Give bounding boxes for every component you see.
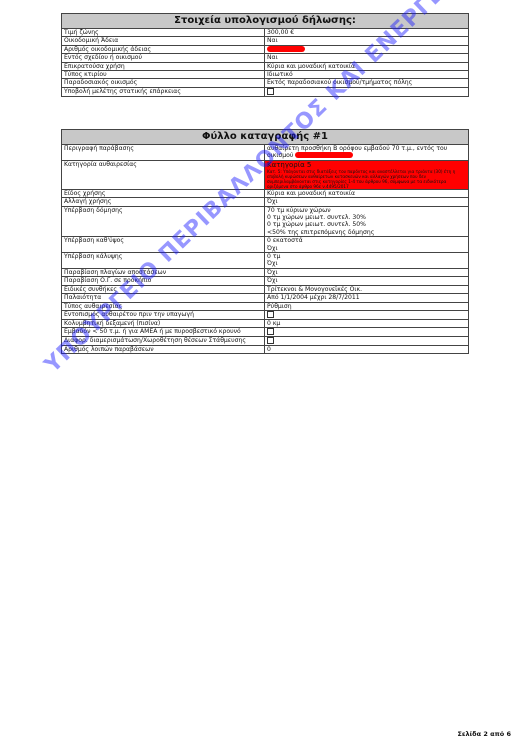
description-text: αυθαίρετη προσθήκη Β ορόφου εμβαδού 70 τ… bbox=[267, 145, 447, 159]
row-value: 0 bbox=[265, 346, 469, 354]
value-line: 0 τμ χώρων μειωτ. συντελ. 50% bbox=[267, 221, 466, 228]
row-label: Εντός σχεδίου ή οικισμού bbox=[62, 54, 265, 62]
value-line: Ρύθμιση bbox=[267, 303, 466, 310]
row-label: Αριθμός λοιπών παραβάσεων bbox=[62, 346, 265, 354]
section-title: Στοιχεία υπολογισμού δήλωσης: bbox=[62, 14, 469, 29]
redaction-mark bbox=[267, 46, 305, 52]
row-label: Τύπος κτιρίου bbox=[62, 71, 265, 79]
calculation-details-table: Στοιχεία υπολογισμού δήλωσης: Τιμή ζώνης… bbox=[61, 13, 469, 97]
row-label: Παραδοσιακός οικισμός bbox=[62, 79, 265, 87]
row-value: 0 κμ bbox=[265, 319, 469, 327]
table-row: ΠαλαιότηταΑπό 1/1/2004 μέχρι 28/7/2011 bbox=[62, 294, 469, 302]
category-title: Κατηγορία 5 bbox=[267, 161, 466, 169]
value-line: Όχι bbox=[267, 198, 466, 205]
row-value bbox=[265, 328, 469, 337]
value-line: Όχι bbox=[267, 260, 466, 267]
value-line: Τρίτεκνοι & Μονογονεϊκές Οικ. bbox=[267, 286, 466, 293]
record-sheet-table: Φύλλο καταγραφής #1 Περιγραφή παράβασης … bbox=[61, 129, 469, 354]
section-title: Φύλλο καταγραφής #1 bbox=[62, 130, 469, 145]
row-label: Υπέρβαση καθ'ύψος bbox=[62, 237, 265, 253]
row-value: Ναι bbox=[265, 37, 469, 45]
row-label: Επικρατούσα χρήση bbox=[62, 62, 265, 70]
row-label: Τιμή ζώνης bbox=[62, 29, 265, 37]
row-value: Από 1/1/2004 μέχρι 28/7/2011 bbox=[265, 294, 469, 302]
table-row: Υποβολή μελέτης στατικής επάρκειας bbox=[62, 87, 469, 96]
row-value: Όχι bbox=[265, 277, 469, 285]
checkbox-icon bbox=[267, 311, 274, 318]
table-row: Παραβίαση πλαγίων αποστάσεωνΌχι bbox=[62, 268, 469, 276]
value-line: Όχι bbox=[267, 245, 466, 252]
row-label: Είδος χρήσης bbox=[62, 189, 265, 197]
table-row: Αριθμός οικοδομικής άδειας bbox=[62, 45, 469, 53]
category-description: Κατ. 5: Υπάγονται στις διατάξεις του παρ… bbox=[267, 169, 466, 189]
value-line: Όχι bbox=[267, 269, 466, 276]
row-value bbox=[265, 310, 469, 319]
table-row: Διαφορ. διαμερισμάτωση/Χωροθέτηση θέσεων… bbox=[62, 337, 469, 346]
table-row: Εμβαδόν < 50 τ.μ. ή για ΑΜΕΑ ή με πυροσβ… bbox=[62, 328, 469, 337]
row-label: Παλαιότητα bbox=[62, 294, 265, 302]
value-line: 0 κμ bbox=[267, 320, 466, 327]
row-value: Ιδιωτικό bbox=[265, 71, 469, 79]
row-value: Εκτός παραδοσιακού οικισμού/τμήματος πόλ… bbox=[265, 79, 469, 87]
row-label: Αλλαγή χρήσης bbox=[62, 198, 265, 206]
checkbox-icon bbox=[267, 328, 274, 335]
row-value: Όχι bbox=[265, 198, 469, 206]
row-value: Κύρια και μοναδική κατοικία bbox=[265, 62, 469, 70]
row-label: Αριθμός οικοδομικής άδειας bbox=[62, 45, 265, 53]
row-label: Κολυμβητική δεξαμενή (πισίνα) bbox=[62, 319, 265, 327]
redaction-mark bbox=[295, 152, 353, 158]
table-row: Είδος χρήσηςΚύρια και μοναδική κατοικία bbox=[62, 189, 469, 197]
table-row: Εντός σχεδίου ή οικισμού Ναι bbox=[62, 54, 469, 62]
table-row: Τύπος αυθαιρεσίαςΡύθμιση bbox=[62, 302, 469, 310]
table-row: Περιγραφή παράβασης αυθαίρετη προσθήκη Β… bbox=[62, 145, 469, 161]
value-line: 0 εκατοστά bbox=[267, 237, 466, 244]
row-value: Ρύθμιση bbox=[265, 302, 469, 310]
table-row: Αριθμός λοιπών παραβάσεων0 bbox=[62, 346, 469, 354]
table-row: Κατηγορία αυθαιρεσίας Κατηγορία 5 Κατ. 5… bbox=[62, 160, 469, 189]
row-label: Οικοδομική Άδεια bbox=[62, 37, 265, 45]
row-label: Τύπος αυθαιρεσίας bbox=[62, 302, 265, 310]
row-value bbox=[265, 45, 469, 53]
row-value bbox=[265, 87, 469, 96]
table-row: Οικοδομική Άδεια Ναι bbox=[62, 37, 469, 45]
row-value: 300,00 € bbox=[265, 29, 469, 37]
table-row: Επικρατούσα χρήση Κύρια και μοναδική κατ… bbox=[62, 62, 469, 70]
table-row: Υπέρβαση καθ'ύψος0 εκατοστάΌχι bbox=[62, 237, 469, 253]
table-row: Εντοπισμός αυθαιρέτου πριν την υπαγωγή bbox=[62, 310, 469, 319]
row-value: Ναι bbox=[265, 54, 469, 62]
row-label: Παραβίαση πλαγίων αποστάσεων bbox=[62, 268, 265, 276]
table-row: Υπέρβαση δόμησης70 τμ κύριων χώρων0 τμ χ… bbox=[62, 206, 469, 237]
row-value: Τρίτεκνοι & Μονογονεϊκές Οικ. bbox=[265, 285, 469, 293]
row-label: Διαφορ. διαμερισμάτωση/Χωροθέτηση θέσεων… bbox=[62, 337, 265, 346]
row-value: 0 τμΌχι bbox=[265, 253, 469, 269]
value-line: <50% της επιτρεπόμενης δόμησης bbox=[267, 229, 466, 236]
row-label: Εμβαδόν < 50 τ.μ. ή για ΑΜΕΑ ή με πυροσβ… bbox=[62, 328, 265, 337]
row-label: Υποβολή μελέτης στατικής επάρκειας bbox=[62, 87, 265, 96]
row-label: Κατηγορία αυθαιρεσίας bbox=[62, 160, 265, 189]
table-row: Αλλαγή χρήσηςΌχι bbox=[62, 198, 469, 206]
row-label: Εντοπισμός αυθαιρέτου πριν την υπαγωγή bbox=[62, 310, 265, 319]
table-row: Παραβίαση Ο.Γ. σε προκήπιοΌχι bbox=[62, 277, 469, 285]
table-row: Παραδοσιακός οικισμός Εκτός παραδοσιακού… bbox=[62, 79, 469, 87]
table-row: Κολυμβητική δεξαμενή (πισίνα)0 κμ bbox=[62, 319, 469, 327]
value-line: Από 1/1/2004 μέχρι 28/7/2011 bbox=[267, 294, 466, 301]
row-label: Περιγραφή παράβασης bbox=[62, 145, 265, 161]
row-value: 70 τμ κύριων χώρων0 τμ χώρων μειωτ. συντ… bbox=[265, 206, 469, 237]
value-line: Όχι bbox=[267, 277, 466, 284]
value-line: 70 τμ κύριων χώρων bbox=[267, 207, 466, 214]
value-line: 0 τμ bbox=[267, 253, 466, 260]
value-line: Κύρια και μοναδική κατοικία bbox=[267, 190, 466, 197]
row-value bbox=[265, 337, 469, 346]
value-line: 0 bbox=[267, 346, 466, 353]
row-label: Υπέρβαση δόμησης bbox=[62, 206, 265, 237]
row-value: αυθαίρετη προσθήκη Β ορόφου εμβαδού 70 τ… bbox=[265, 145, 469, 161]
row-value: Όχι bbox=[265, 268, 469, 276]
table-row: Ειδικές συνθήκεςΤρίτεκνοι & Μονογονεϊκές… bbox=[62, 285, 469, 293]
row-label: Ειδικές συνθήκες bbox=[62, 285, 265, 293]
category-cell: Κατηγορία 5 Κατ. 5: Υπάγονται στις διατά… bbox=[265, 160, 469, 189]
table-row: Τύπος κτιρίου Ιδιωτικό bbox=[62, 71, 469, 79]
checkbox-icon bbox=[267, 88, 274, 95]
row-label: Υπέρβαση κάλυψης bbox=[62, 253, 265, 269]
checkbox-icon bbox=[267, 337, 274, 344]
row-value: 0 εκατοστάΌχι bbox=[265, 237, 469, 253]
row-label: Παραβίαση Ο.Γ. σε προκήπιο bbox=[62, 277, 265, 285]
row-value: Κύρια και μοναδική κατοικία bbox=[265, 189, 469, 197]
table-row: Τιμή ζώνης 300,00 € bbox=[62, 29, 469, 37]
page-number: Σελίδα 2 από 6 bbox=[457, 730, 511, 738]
table-row: Υπέρβαση κάλυψης0 τμΌχι bbox=[62, 253, 469, 269]
